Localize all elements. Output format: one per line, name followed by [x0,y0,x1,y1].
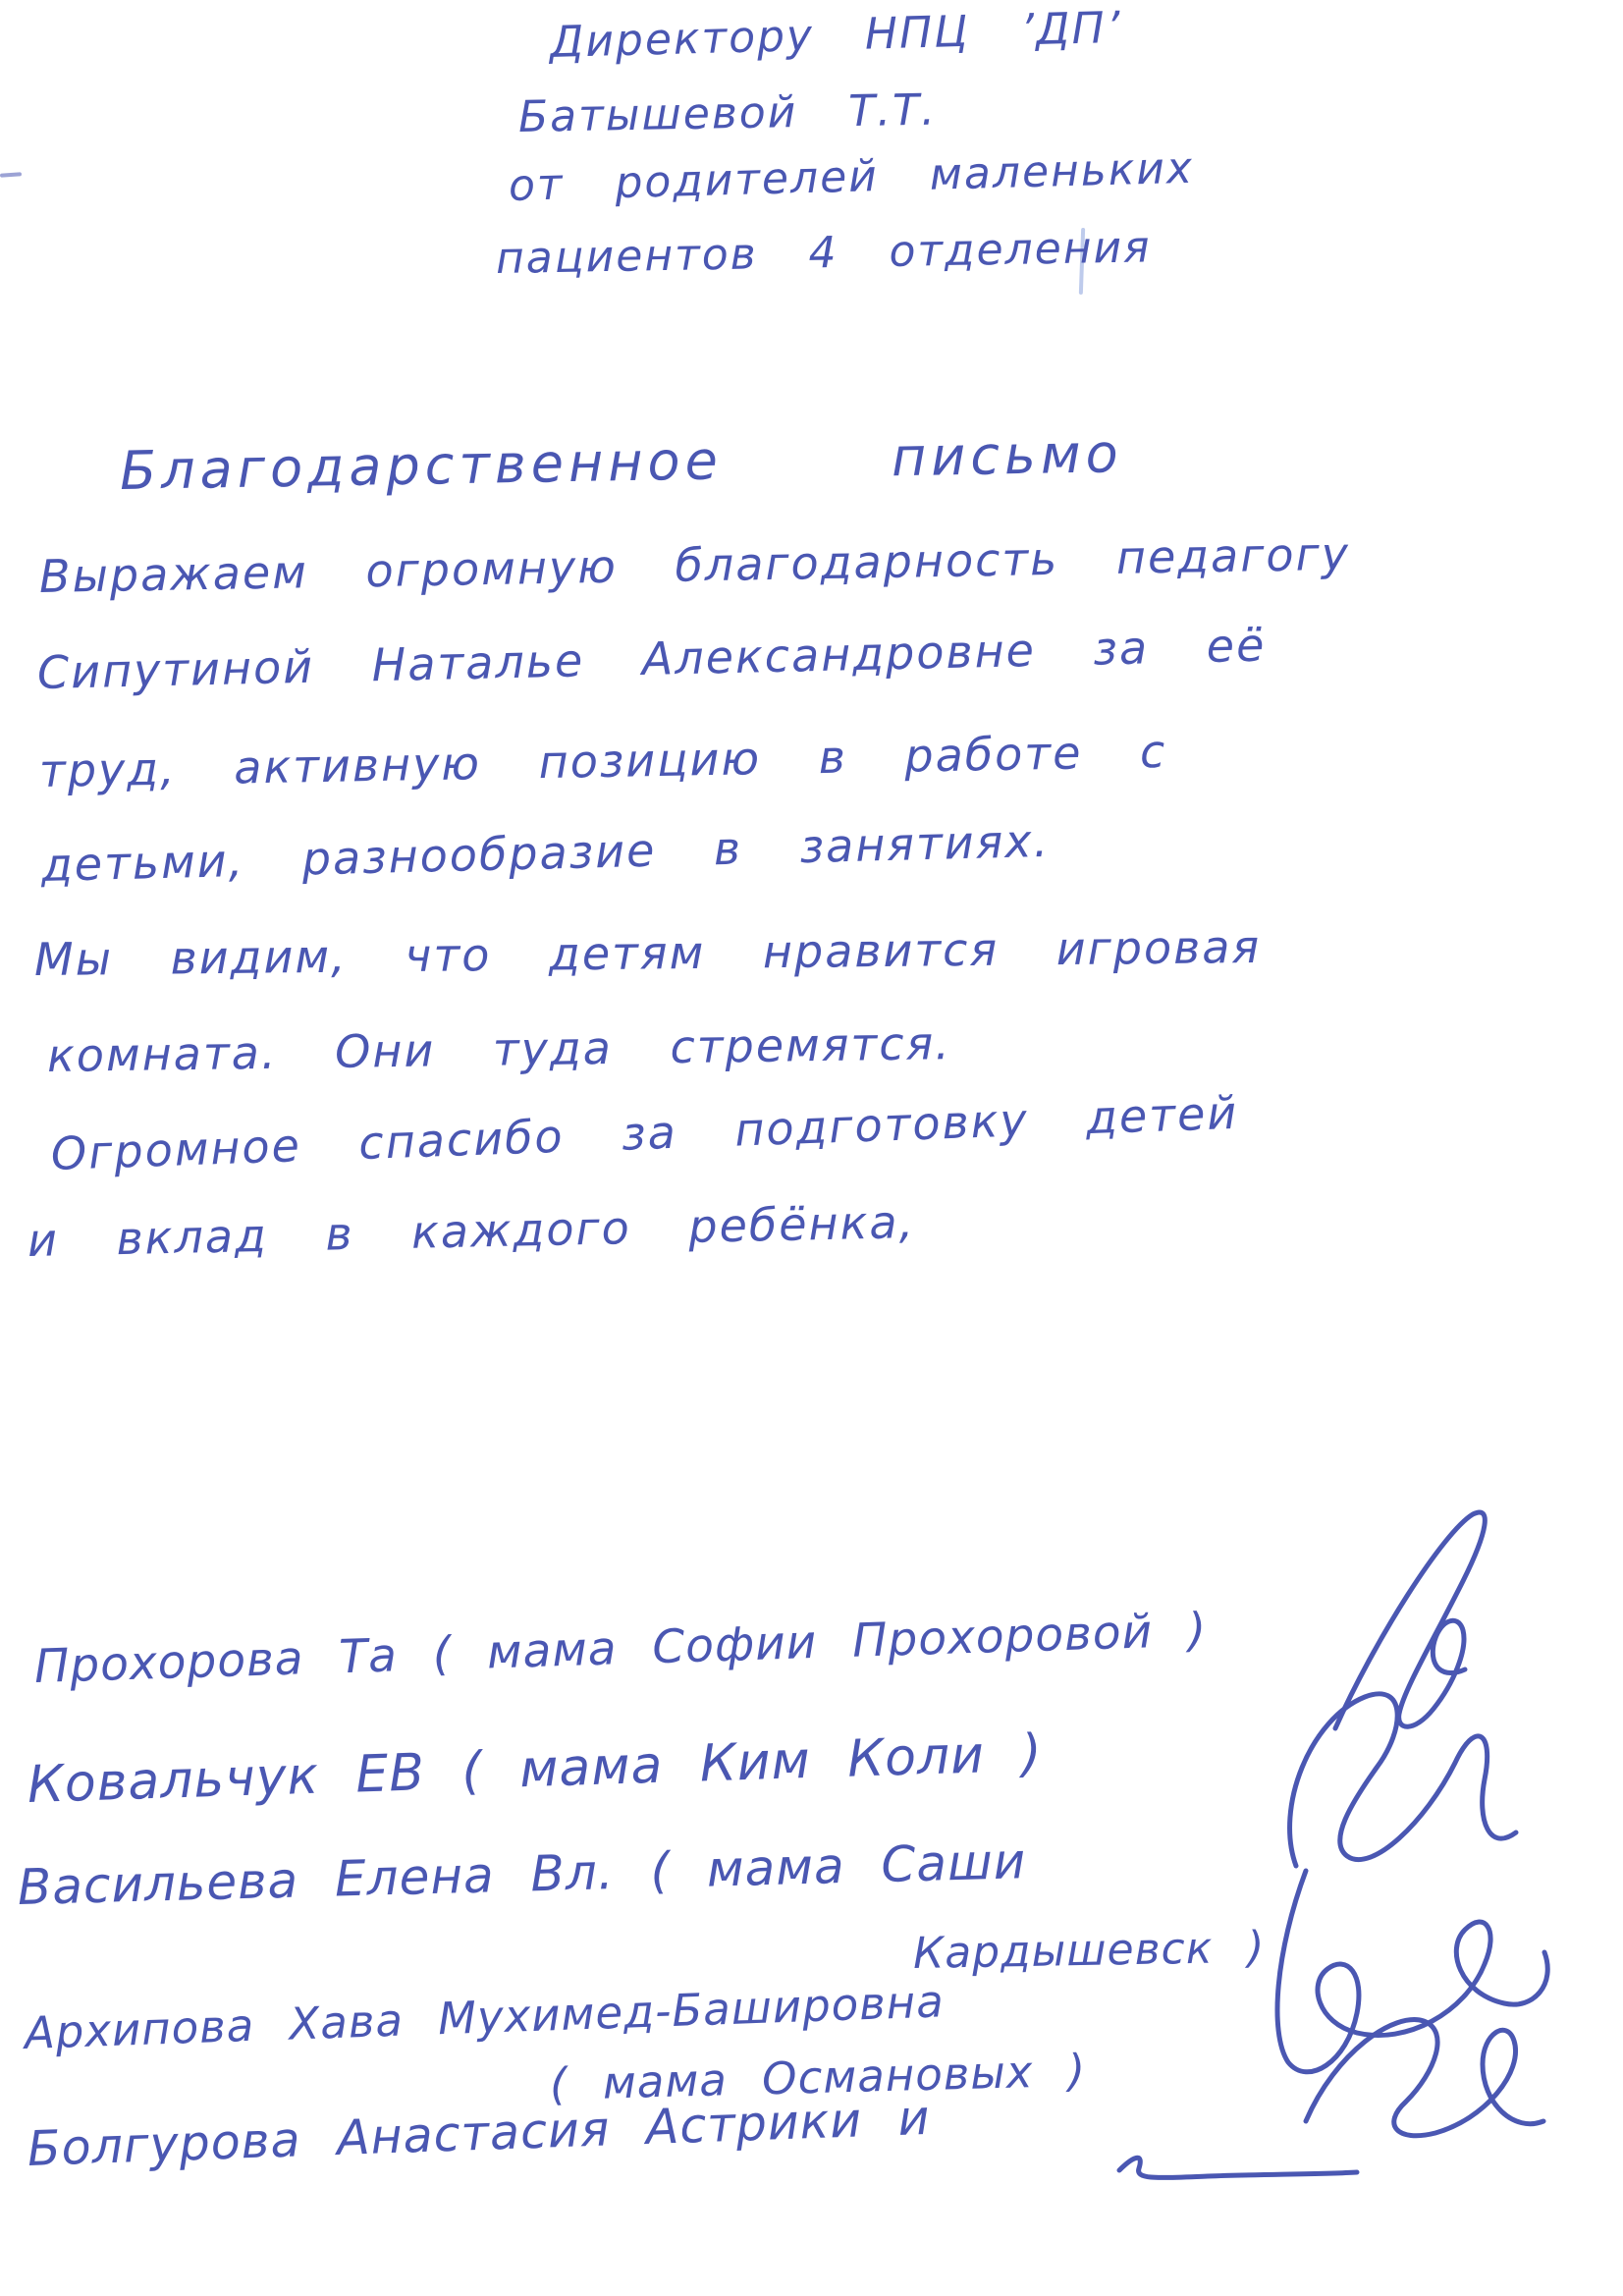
signature-line: Болгурова Анастасия Астрики и [27,2092,931,2176]
signature-line: Ковальчук ЕВ ( мама Ким Коли ) [27,1726,1043,1815]
signature-line-continuation: Кардышевск ) [913,1925,1266,1979]
body-line: Сипутиной Наталье Александровне за её [36,621,1266,698]
header-line: от родителей маленьких [508,145,1194,211]
stray-pen-mark [0,172,22,178]
body-line: труд, активную позицию в работе с [39,727,1167,796]
signature-line: Васильева Елена Вл. ( мама Саши [17,1834,1027,1915]
header-line: Батышевой Т.Т. [518,87,938,142]
body-line: Огромное спасибо за подготовку детей [50,1088,1239,1179]
signature-line: Архипова Хава Мухимед-Башировна [24,1977,945,2057]
signature-line: Прохорова Та ( мама Софии Прохоровой ) [33,1605,1208,1692]
header-line: Директору НПЦ ’ДП’ [549,5,1122,68]
body-line: Выражаем огромную благодарность педагогу [39,529,1351,602]
letter-title: Благодарственное письмо [119,424,1123,500]
body-line: детьми, разнообразие в занятиях. [40,816,1050,891]
body-line: и вклад в каждого ребёнка, [27,1197,915,1266]
scanned-letter-page: Директору НПЦ ’ДП’ Батышевой Т.Т. от род… [0,0,1623,2296]
signature-scribble-icon [1100,2141,1375,2204]
header-line: пациентов 4 отделения [496,224,1152,283]
body-line: комната. Они туда стремятся. [47,1018,952,1080]
body-line: Мы видим, что детям нравится игровая [34,922,1262,985]
